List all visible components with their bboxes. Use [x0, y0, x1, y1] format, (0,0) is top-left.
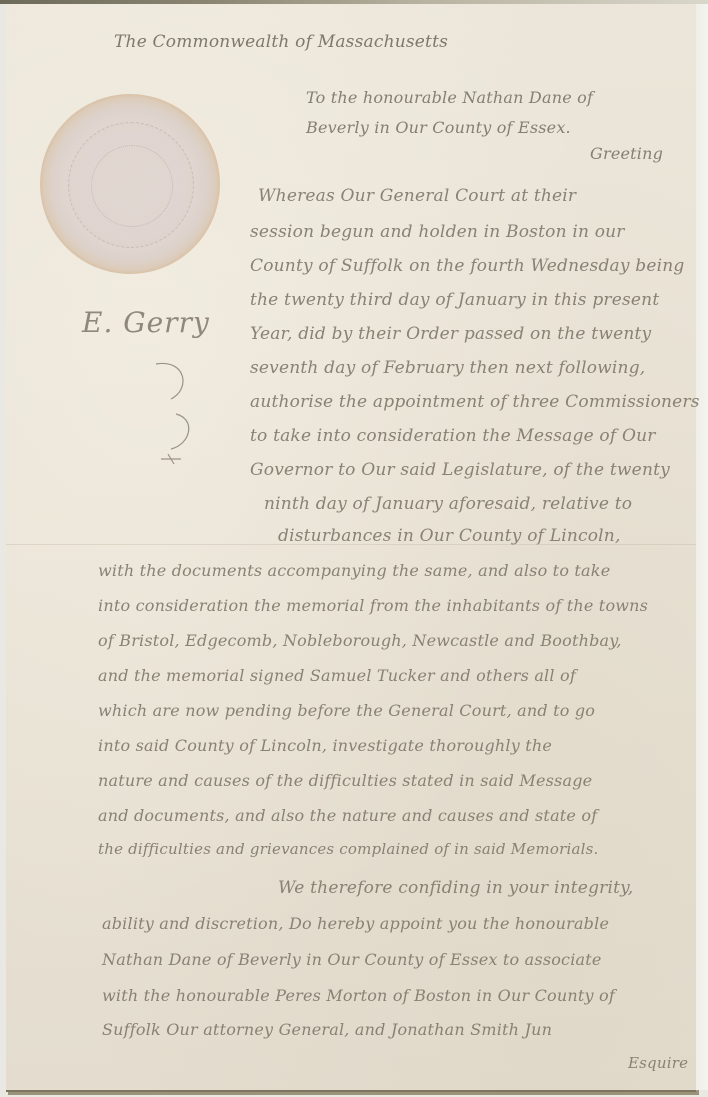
- body-line: seventh day of February then next follow…: [250, 358, 645, 378]
- seal-inner-ring: [68, 122, 194, 248]
- page-margin: [696, 4, 708, 1090]
- catchword: Esquire: [628, 1054, 688, 1072]
- body-line: authorise the appointment of three Commi…: [250, 392, 700, 412]
- wax-seal-icon: [40, 94, 220, 274]
- address-line-2: Beverly in Our County of Essex.: [306, 118, 571, 137]
- greeting: Greeting: [590, 144, 663, 163]
- body-line: Year, did by their Order passed on the t…: [250, 324, 651, 344]
- body-line: Governor to Our said Legislature, of the…: [250, 460, 670, 480]
- body-line: We therefore confiding in your integrity…: [278, 878, 633, 898]
- body-line: with the honourable Peres Morton of Bost…: [102, 986, 615, 1005]
- body-line: session begun and holden in Boston in ou…: [250, 222, 625, 242]
- body-line: which are now pending before the General…: [98, 701, 595, 720]
- body-line: nature and causes of the difficulties st…: [98, 771, 592, 790]
- seal-core: [91, 145, 173, 227]
- document-title: The Commonwealth of Massachusetts: [114, 32, 448, 52]
- body-line: of Bristol, Edgecomb, Nobleborough, Newc…: [98, 631, 622, 650]
- body-line: Suffolk Our attorney General, and Jonath…: [102, 1020, 552, 1039]
- body-line: with the documents accompanying the same…: [98, 561, 610, 580]
- body-line: into said County of Lincoln, investigate…: [98, 736, 552, 755]
- body-line: disturbances in Our County of Lincoln,: [278, 526, 621, 546]
- manuscript-page: The Commonwealth of Massachusetts To the…: [6, 4, 697, 1092]
- body-line: the difficulties and grievances complain…: [98, 840, 598, 858]
- document-scan: The Commonwealth of Massachusetts To the…: [0, 0, 708, 1097]
- body-line: and the memorial signed Samuel Tucker an…: [98, 666, 576, 685]
- signature-flourish-icon: [146, 359, 206, 469]
- body-line: County of Suffolk on the fourth Wednesda…: [250, 256, 684, 276]
- body-line: ability and discretion, Do hereby appoin…: [102, 914, 609, 933]
- address-line-1: To the honourable Nathan Dane of: [306, 88, 593, 107]
- body-line: and documents, and also the nature and c…: [98, 806, 597, 825]
- signature-e-gerry: E. Gerry: [82, 306, 210, 339]
- body-line: ninth day of January aforesaid, relative…: [264, 494, 632, 514]
- body-line: Whereas Our General Court at their: [258, 186, 576, 206]
- body-line: the twenty third day of January in this …: [250, 290, 659, 310]
- body-line: Nathan Dane of Beverly in Our County of …: [102, 950, 602, 969]
- body-line: to take into consideration the Message o…: [250, 426, 656, 446]
- body-line: into consideration the memorial from the…: [98, 596, 648, 615]
